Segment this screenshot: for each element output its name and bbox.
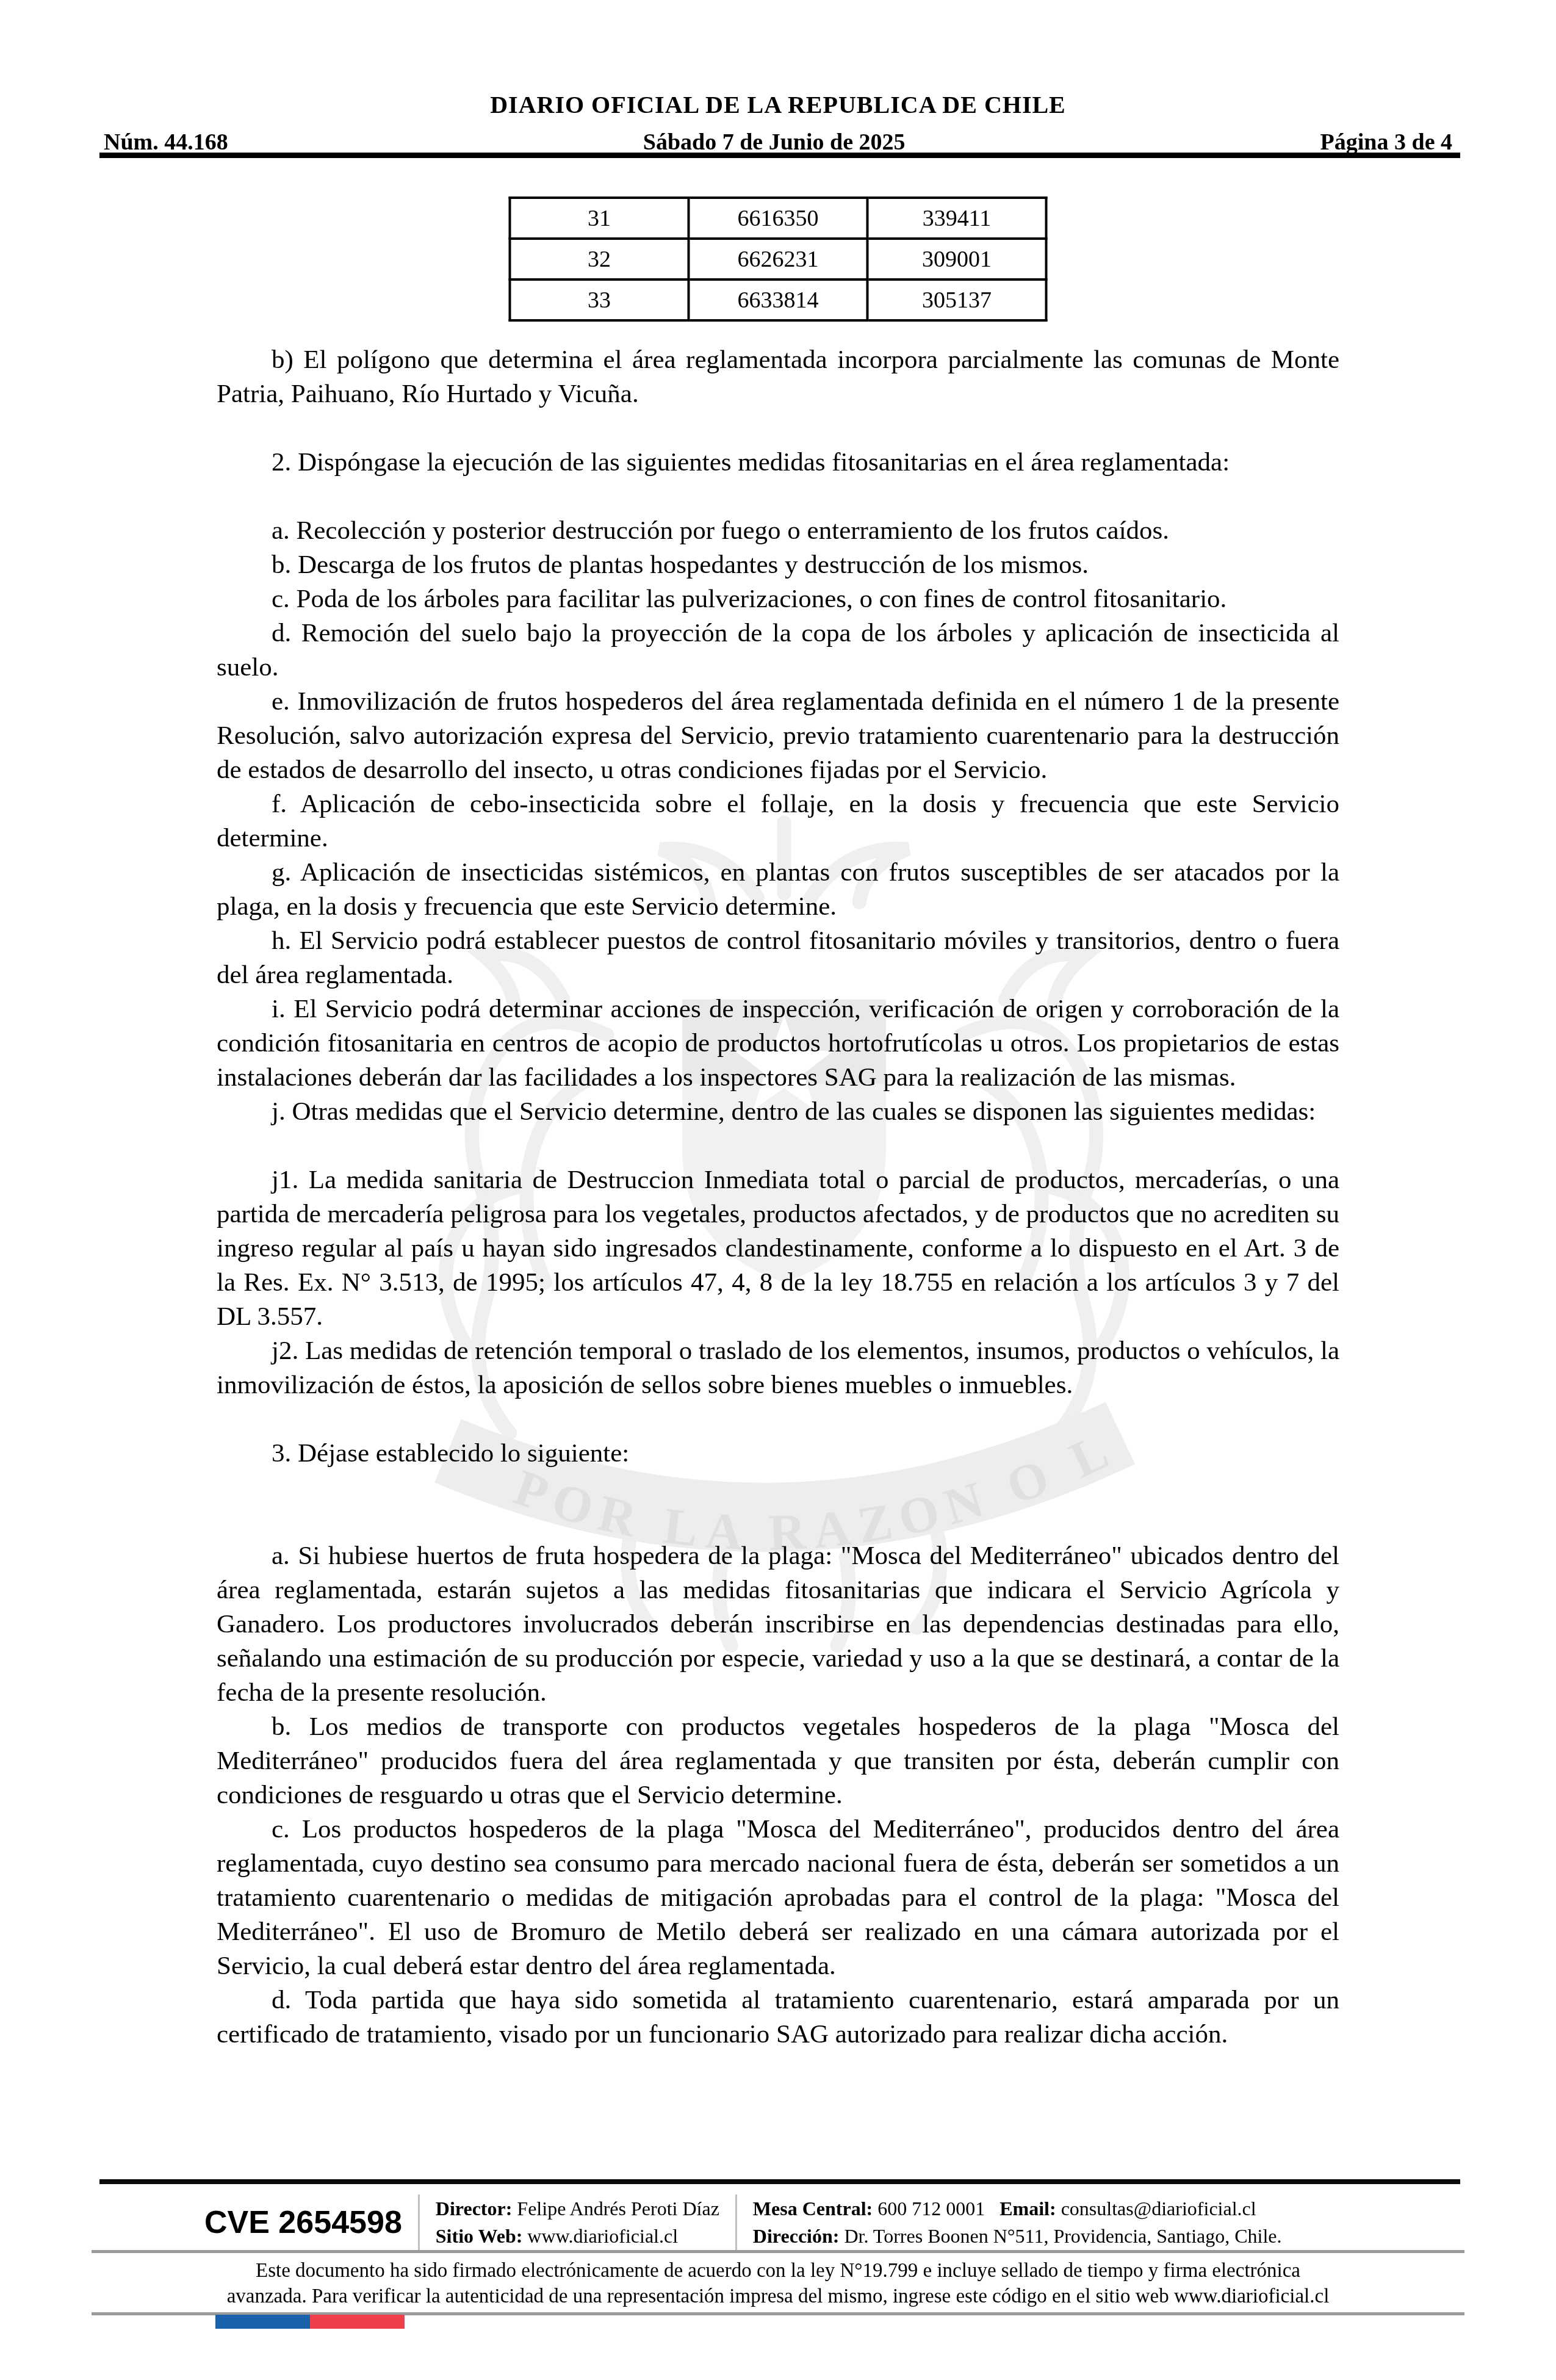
paragraph: a. Recolección y posterior destrucción p… — [217, 514, 1339, 548]
footer-top-rule — [99, 2179, 1460, 2184]
paragraph: g. Aplicación de insecticidas sistémicos… — [217, 856, 1339, 924]
table-row: 336633814305137 — [510, 279, 1046, 320]
issue-number: Núm. 44.168 — [104, 129, 228, 156]
website-line: Sitio Web: www.diarioficial.cl — [436, 2225, 678, 2247]
paragraph: 2. Dispóngase la ejecución de las siguie… — [217, 445, 1339, 480]
email-address[interactable]: consultas@diarioficial.cl — [1061, 2198, 1256, 2220]
document-page: POR LA RAZON O LA FUERZA DIARIO OFICIAL … — [0, 0, 1556, 2380]
address-label: Dirección: — [753, 2225, 840, 2247]
page-title: DIARIO OFICIAL DE LA REPUBLICA DE CHILE — [104, 90, 1452, 119]
coordinates-table-body: 3166163503394113266262313090013366338143… — [510, 198, 1046, 320]
paragraph: 3. Déjase establecido lo siguiente: — [217, 1437, 1339, 1471]
footer-gray-rule-upper — [92, 2250, 1464, 2253]
paragraph: d. Toda partida que haya sido sometida a… — [217, 1983, 1339, 2052]
page-header: DIARIO OFICIAL DE LA REPUBLICA DE CHILE … — [104, 90, 1452, 156]
table-cell: 6633814 — [689, 279, 868, 320]
footer-director-column: Director: Felipe Andrés Peroti Díaz Siti… — [436, 2195, 719, 2250]
paragraph: j. Otras medidas que el Servicio determi… — [217, 1095, 1339, 1129]
resolution-body-text: b) El polígono que determina el área reg… — [217, 343, 1339, 2052]
mesa-central-label: Mesa Central: — [753, 2198, 873, 2220]
table-cell: 33 — [510, 279, 689, 320]
paragraph: c. Los productos hospederos de la plaga … — [217, 1812, 1339, 1983]
director-name: Felipe Andrés Peroti Díaz — [517, 2198, 719, 2220]
table-row: 316616350339411 — [510, 198, 1046, 239]
footer-divider-2 — [735, 2194, 737, 2251]
footer-divider-1 — [418, 2194, 420, 2251]
flag-red-block — [310, 2315, 405, 2329]
paragraph: a. Si hubiese huertos de fruta hospedera… — [217, 1539, 1339, 1710]
address-value: Dr. Torres Boonen N°511, Providencia, Sa… — [844, 2225, 1281, 2247]
signature-notice-line-2: avanzada. Para verificar la autenticidad… — [227, 2285, 1330, 2307]
paragraph: f. Aplicación de cebo-insecticida sobre … — [217, 787, 1339, 856]
chile-flag-bar — [215, 2315, 405, 2329]
table-cell: 31 — [510, 198, 689, 239]
paragraph: b. Descarga de los frutos de plantas hos… — [217, 548, 1339, 582]
paragraph: h. El Servicio podrá establecer puestos … — [217, 924, 1339, 992]
header-meta-row: Núm. 44.168 Sábado 7 de Junio de 2025 Pá… — [104, 129, 1452, 156]
paragraph: d. Remoción del suelo bajo la proyección… — [217, 616, 1339, 685]
signature-notice: Este documento ha sido firmado electróni… — [171, 2258, 1385, 2309]
paragraph: c. Poda de los árboles para facilitar la… — [217, 582, 1339, 616]
director-label: Director: — [436, 2198, 513, 2220]
issue-date: Sábado 7 de Junio de 2025 — [643, 129, 906, 156]
flag-blue-block — [215, 2315, 310, 2329]
paragraph: b. Los medios de transporte con producto… — [217, 1710, 1339, 1812]
email-label: Email: — [1000, 2198, 1056, 2220]
paragraph: b) El polígono que determina el área reg… — [217, 343, 1339, 411]
signature-notice-line-1: Este documento ha sido firmado electróni… — [256, 2260, 1300, 2282]
website-label: Sitio Web: — [436, 2225, 523, 2247]
table-cell: 339411 — [868, 198, 1046, 239]
coordinates-table: 3166163503394113266262313090013366338143… — [509, 197, 1048, 322]
cve-code: CVE 2654598 — [204, 2204, 402, 2241]
phone-email-line: Mesa Central: 600 712 0001 Email: consul… — [753, 2198, 1256, 2220]
table-cell: 309001 — [868, 239, 1046, 279]
paragraph: e. Inmovilización de frutos hospederos d… — [217, 685, 1339, 787]
address-line: Dirección: Dr. Torres Boonen N°511, Prov… — [753, 2225, 1282, 2247]
paragraph: j1. La medida sanitaria de Destruccion I… — [217, 1163, 1339, 1334]
director-line: Director: Felipe Andrés Peroti Díaz — [436, 2198, 719, 2220]
mesa-central-number: 600 712 0001 — [877, 2198, 985, 2220]
table-cell: 6616350 — [689, 198, 868, 239]
page-number: Página 3 de 4 — [1320, 129, 1452, 156]
table-row: 326626231309001 — [510, 239, 1046, 279]
footer-info-bar: CVE 2654598 Director: Felipe Andrés Pero… — [204, 2194, 1455, 2251]
table-cell: 6626231 — [689, 239, 868, 279]
website-url[interactable]: www.diarioficial.cl — [527, 2225, 678, 2247]
header-rule — [99, 153, 1460, 158]
paragraph: i. El Servicio podrá determinar acciones… — [217, 992, 1339, 1095]
table-cell: 305137 — [868, 279, 1046, 320]
paragraph: j2. Las medidas de retención temporal o … — [217, 1334, 1339, 1402]
table-cell: 32 — [510, 239, 689, 279]
footer-contact-column: Mesa Central: 600 712 0001 Email: consul… — [753, 2195, 1282, 2250]
